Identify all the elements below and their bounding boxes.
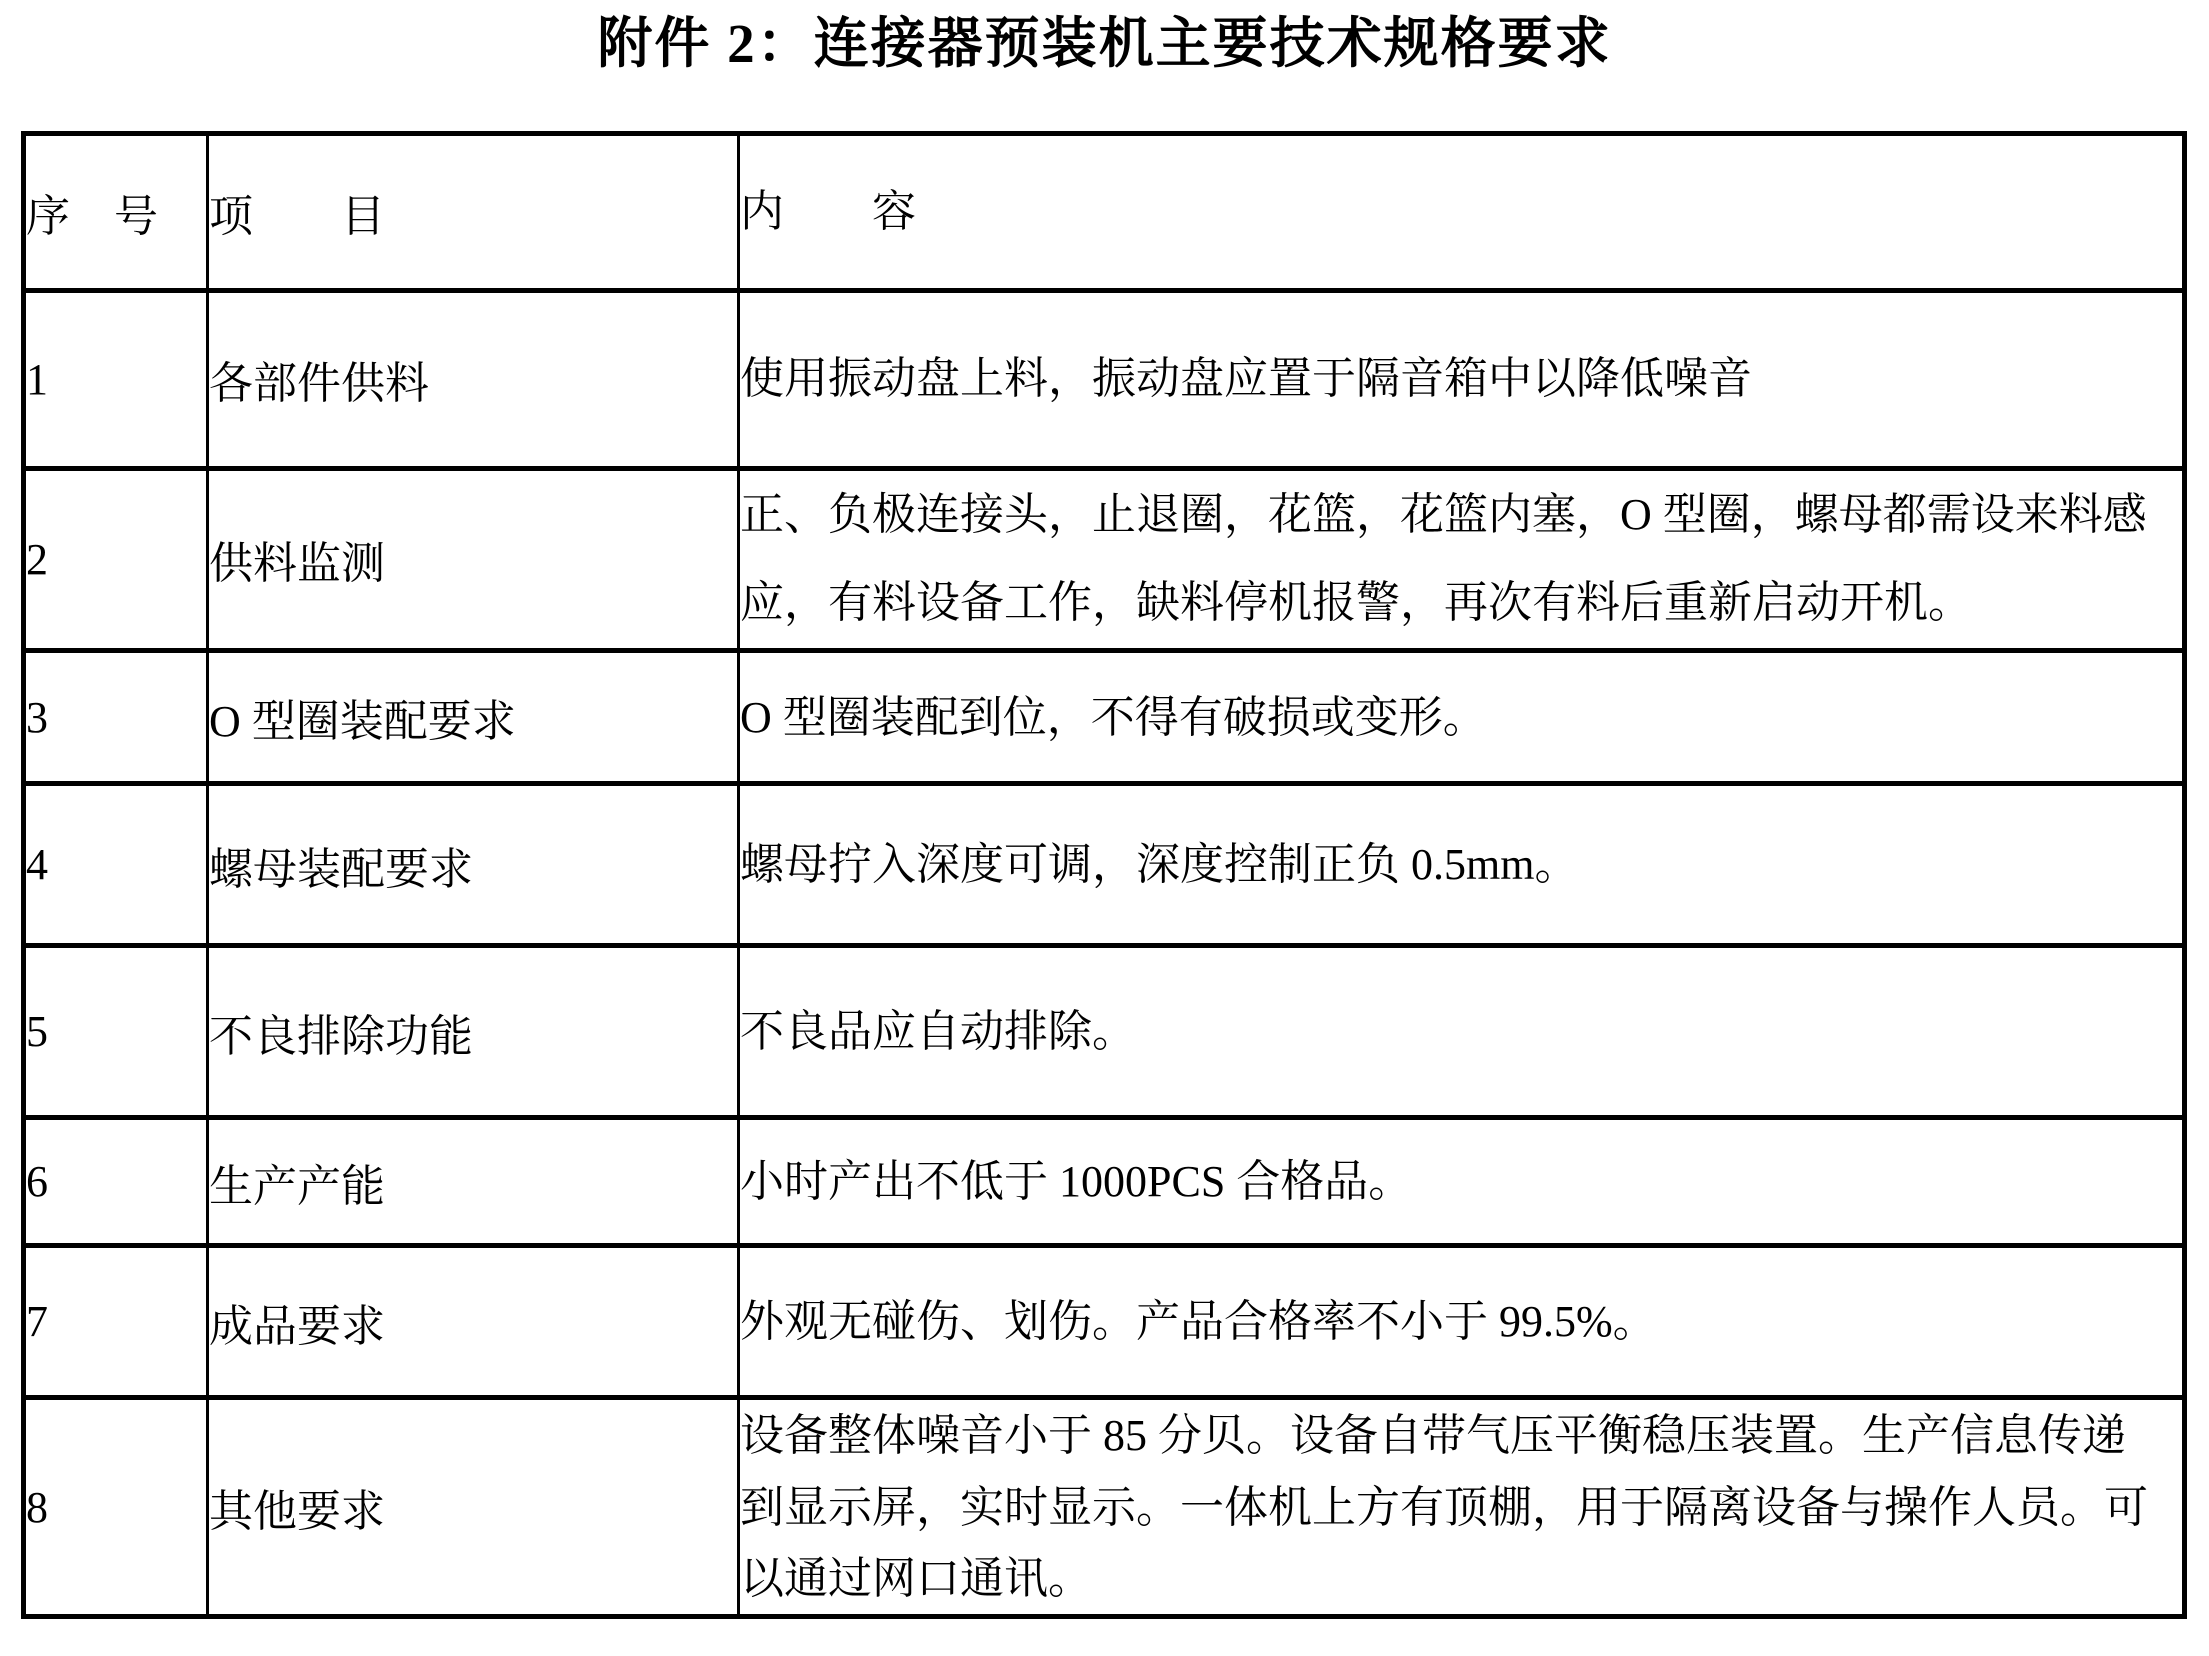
row-content: 设备整体噪音小于 85 分贝。设备自带气压平衡稳压装置。生产信息传递 到显示屏，… <box>739 1398 2185 1617</box>
row-number: 4 <box>24 784 208 946</box>
row-content: 外观无碰伤、划伤。产品合格率不小于 99.5%。 <box>739 1246 2185 1398</box>
row-content: O 型圈装配到位，不得有破损或变形。 <box>739 651 2185 784</box>
table-row: 8 其他要求 设备整体噪音小于 85 分贝。设备自带气压平衡稳压装置。生产信息传… <box>24 1398 2185 1617</box>
row-number: 7 <box>24 1246 208 1398</box>
table-row: 6 生产产能 小时产出不低于 1000PCS 合格品。 <box>24 1118 2185 1246</box>
row-content: 不良品应自动排除。 <box>739 946 2185 1118</box>
page-title: 附件 2：连接器预装机主要技术规格要求 <box>0 0 2209 75</box>
row-content: 螺母拧入深度可调，深度控制正负 0.5mm。 <box>739 784 2185 946</box>
row-number: 8 <box>24 1398 208 1617</box>
row-item: 其他要求 <box>208 1398 739 1617</box>
row-item: 成品要求 <box>208 1246 739 1398</box>
row-item: O 型圈装配要求 <box>208 651 739 784</box>
table-row: 4 螺母装配要求 螺母拧入深度可调，深度控制正负 0.5mm。 <box>24 784 2185 946</box>
row-item: 不良排除功能 <box>208 946 739 1118</box>
spec-table: 序 号 项 目 内 容 1 各部件供料 使用振动盘上料，振动盘应置于隔音箱中以降… <box>21 131 2187 1620</box>
header-content: 内 容 <box>739 133 2185 290</box>
document-page: 附件 2：连接器预装机主要技术规格要求 序 号 项 目 内 容 1 各部件供料 … <box>0 0 2209 1656</box>
table-row: 3 O 型圈装配要求 O 型圈装配到位，不得有破损或变形。 <box>24 651 2185 784</box>
table-row: 5 不良排除功能 不良品应自动排除。 <box>24 946 2185 1118</box>
table-header-row: 序 号 项 目 内 容 <box>24 133 2185 290</box>
header-item: 项 目 <box>208 133 739 290</box>
row-item: 螺母装配要求 <box>208 784 739 946</box>
row-number: 6 <box>24 1118 208 1246</box>
row-item: 各部件供料 <box>208 290 739 468</box>
row-number: 2 <box>24 468 208 651</box>
header-no: 序 号 <box>24 133 208 290</box>
table-row: 7 成品要求 外观无碰伤、划伤。产品合格率不小于 99.5%。 <box>24 1246 2185 1398</box>
row-item: 供料监测 <box>208 468 739 651</box>
row-content: 使用振动盘上料，振动盘应置于隔音箱中以降低噪音 <box>739 290 2185 468</box>
table-row: 2 供料监测 正、负极连接头，止退圈，花篮，花篮内塞，O 型圈，螺母都需设来料感… <box>24 468 2185 651</box>
row-number: 5 <box>24 946 208 1118</box>
table-row: 1 各部件供料 使用振动盘上料，振动盘应置于隔音箱中以降低噪音 <box>24 290 2185 468</box>
row-number: 3 <box>24 651 208 784</box>
row-number: 1 <box>24 290 208 468</box>
row-content: 正、负极连接头，止退圈，花篮，花篮内塞，O 型圈，螺母都需设来料感 应，有料设备… <box>739 468 2185 651</box>
row-content: 小时产出不低于 1000PCS 合格品。 <box>739 1118 2185 1246</box>
row-item: 生产产能 <box>208 1118 739 1246</box>
